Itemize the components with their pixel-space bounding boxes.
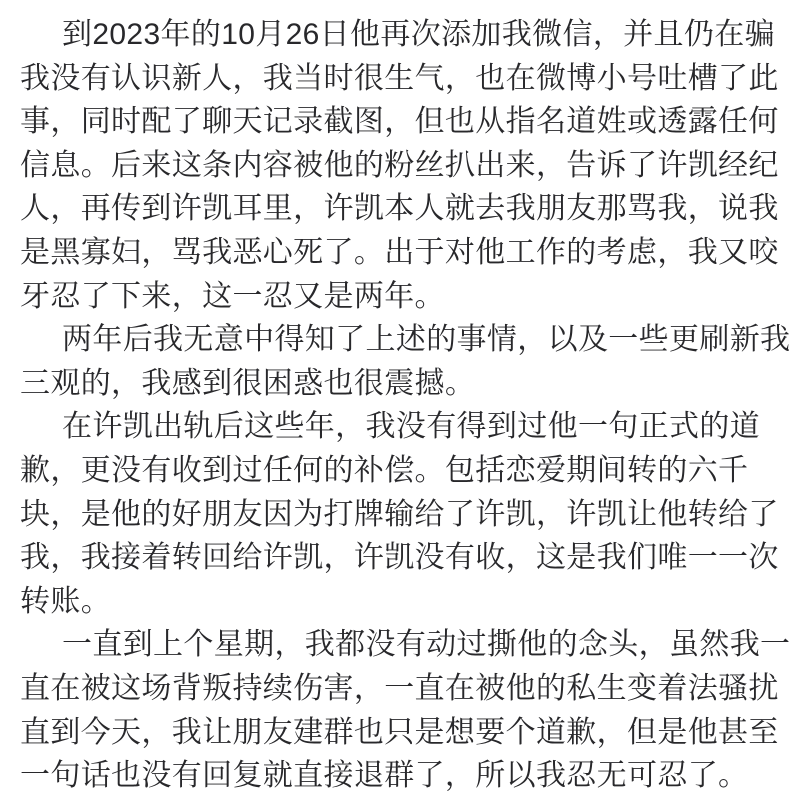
text-line: 转账。	[20, 580, 782, 624]
text-line: 一直到上个星期，我都没有动过撕他的念头，虽然我一	[20, 623, 782, 667]
text-line: 在许凯出轨后这些年，我没有得到过他一句正式的道	[20, 405, 782, 449]
text-document: 到2023年的10月26日他再次添加我微信，并且仍在骗我没有认识新人，我当时很生…	[0, 0, 800, 806]
text-line: 我，我接着转回给许凯，许凯没有收，这是我们唯一一次	[20, 536, 782, 580]
text-line: 我没有认识新人，我当时很生气，也在微博小号吐槽了此	[20, 57, 782, 101]
text-line: 事，同时配了聊天记录截图，但也从指名道姓或透露任何	[20, 100, 782, 144]
text-line: 直到今天，我让朋友建群也只是想要个道歉，但是他甚至	[20, 711, 782, 755]
text-line: 一句话也没有回复就直接退群了，所以我忍无可忍了。	[20, 754, 782, 798]
text-line: 到2023年的10月26日他再次添加我微信，并且仍在骗	[20, 13, 782, 57]
text-line: 信息。后来这条内容被他的粉丝扒出来，告诉了许凯经纪	[20, 144, 782, 188]
text-line: 直在被这场背叛持续伤害，一直在被他的私生变着法骚扰	[20, 667, 782, 711]
text-line: 人，再传到许凯耳里，许凯本人就去我朋友那骂我，说我	[20, 187, 782, 231]
text-line: 牙忍了下来，这一忍又是两年。	[20, 275, 782, 319]
text-line: 歉，更没有收到过任何的补偿。包括恋爱期间转的六千	[20, 449, 782, 493]
paragraph: 两年后我无意中得知了上述的事情，以及一些更刷新我三观的，我感到很困惑也很震撼。	[20, 318, 782, 405]
paragraph: 在许凯出轨后这些年，我没有得到过他一句正式的道歉，更没有收到过任何的补偿。包括恋…	[20, 405, 782, 623]
text-line: 三观的，我感到很困惑也很震撼。	[20, 362, 782, 406]
paragraph: 一直到上个星期，我都没有动过撕他的念头，虽然我一直在被这场背叛持续伤害，一直在被…	[20, 623, 782, 797]
text-line: 两年后我无意中得知了上述的事情，以及一些更刷新我	[20, 318, 782, 362]
text-line: 是黑寡妇，骂我恶心死了。出于对他工作的考虑，我又咬	[20, 231, 782, 275]
paragraph: 到2023年的10月26日他再次添加我微信，并且仍在骗我没有认识新人，我当时很生…	[20, 13, 782, 318]
text-line: 块，是他的好朋友因为打牌输给了许凯，许凯让他转给了	[20, 493, 782, 537]
